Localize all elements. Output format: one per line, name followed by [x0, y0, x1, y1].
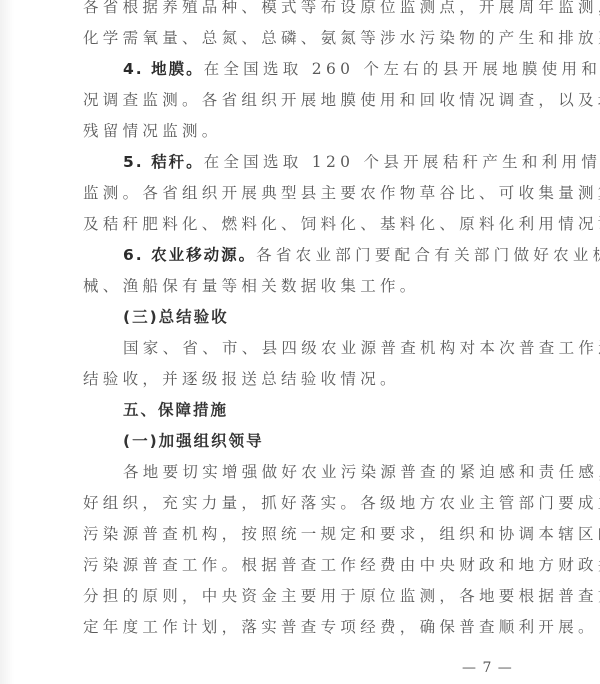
text-line: 5. 秸秆。在全国选取 120 个县开展秸秆产生和利用情况调查 — [83, 147, 527, 178]
text-line: 残留情况监测。 — [83, 116, 527, 147]
text-line: 国家、省、市、县四级农业源普查机构对本次普查工作进行总 — [83, 333, 527, 364]
text-line: 好组织，充实力量，抓好落实。各级地方农业主管部门要成立农业 — [83, 488, 527, 519]
paragraph-livestock-continued: 各省根据养殖品种、模式等布设原位监测点，开展周年监测，获取 化学需氧量、总氮、总… — [83, 0, 527, 54]
page-body: 各省根据养殖品种、模式等布设原位监测点，开展周年监测，获取 化学需氧量、总氮、总… — [83, 0, 527, 643]
scan-edge-shadow — [0, 0, 14, 684]
item-text: 各省农业部门要配合有关部门做好农业机 — [256, 246, 600, 264]
paragraph-leadership: 各地要切实增强做好农业污染源普查的紧迫感和责任感，做 好组织，充实力量，抓好落实… — [83, 457, 527, 643]
text-line: 分担的原则，中央资金主要用于原位监测，各地要根据普查方案确 — [83, 581, 527, 612]
paragraph-item-4-plastic-film: 4. 地膜。在全国选取 260 个左右的县开展地膜使用和残留情 况调查监测。各省… — [83, 54, 527, 147]
page-number: — 7 — — [462, 660, 513, 676]
item-lead: 6. 农业移动源。 — [123, 246, 256, 264]
text-line: 况调查监测。各省组织开展地膜使用和回收情况调查，以及地膜 — [83, 85, 527, 116]
text-line: 各地要切实增强做好农业污染源普查的紧迫感和责任感，做 — [83, 457, 527, 488]
text-line: 结验收，并逐级报送总结验收情况。 — [83, 364, 527, 395]
text-line: 污染源普查工作。根据普查工作经费由中央财政和地方财政共同 — [83, 550, 527, 581]
item-lead: 4. 地膜。 — [123, 60, 204, 78]
text-line: 4. 地膜。在全国选取 260 个左右的县开展地膜使用和残留情 — [83, 54, 527, 85]
text-line: 6. 农业移动源。各省农业部门要配合有关部门做好农业机 — [83, 240, 527, 271]
paragraph-item-6-mobile-source: 6. 农业移动源。各省农业部门要配合有关部门做好农业机 械、渔船保有量等相关数据… — [83, 240, 527, 302]
text-line: 各省根据养殖品种、模式等布设原位监测点，开展周年监测，获取 — [83, 0, 527, 23]
text-line: 化学需氧量、总氮、总磷、氨氮等涉水污染物的产生和排放系数。 — [83, 23, 527, 54]
text-line: 污染源普查机构，按照统一规定和要求，组织和协调本辖区的农业 — [83, 519, 527, 550]
paragraph-item-5-straw: 5. 秸秆。在全国选取 120 个县开展秸秆产生和利用情况调查 监测。各省组织开… — [83, 147, 527, 240]
text-line: 定年度工作计划，落实普查专项经费，确保普查顺利开展。 — [83, 612, 527, 643]
item-lead: 5. 秸秆。 — [123, 153, 204, 171]
document-page: 各省根据养殖品种、模式等布设原位监测点，开展周年监测，获取 化学需氧量、总氮、总… — [0, 0, 600, 684]
section-heading-summary-acceptance: (三)总结验收 — [83, 302, 527, 333]
chapter-heading-safeguards: 五、保障措施 — [83, 395, 527, 426]
text-line: 械、渔船保有量等相关数据收集工作。 — [83, 271, 527, 302]
section-heading-organization: (一)加强组织领导 — [83, 426, 527, 457]
text-line: 及秸秆肥料化、燃料化、饲料化、基料化、原料化利用情况调查。 — [83, 209, 527, 240]
text-line: 监测。各省组织开展典型县主要农作物草谷比、可收集量测算，以 — [83, 178, 527, 209]
paragraph-summary: 国家、省、市、县四级农业源普查机构对本次普查工作进行总 结验收，并逐级报送总结验… — [83, 333, 527, 395]
item-text: 在全国选取 260 个左右的县开展地膜使用和残留情 — [204, 60, 600, 78]
item-text: 在全国选取 120 个县开展秸秆产生和利用情况调查 — [204, 153, 600, 171]
